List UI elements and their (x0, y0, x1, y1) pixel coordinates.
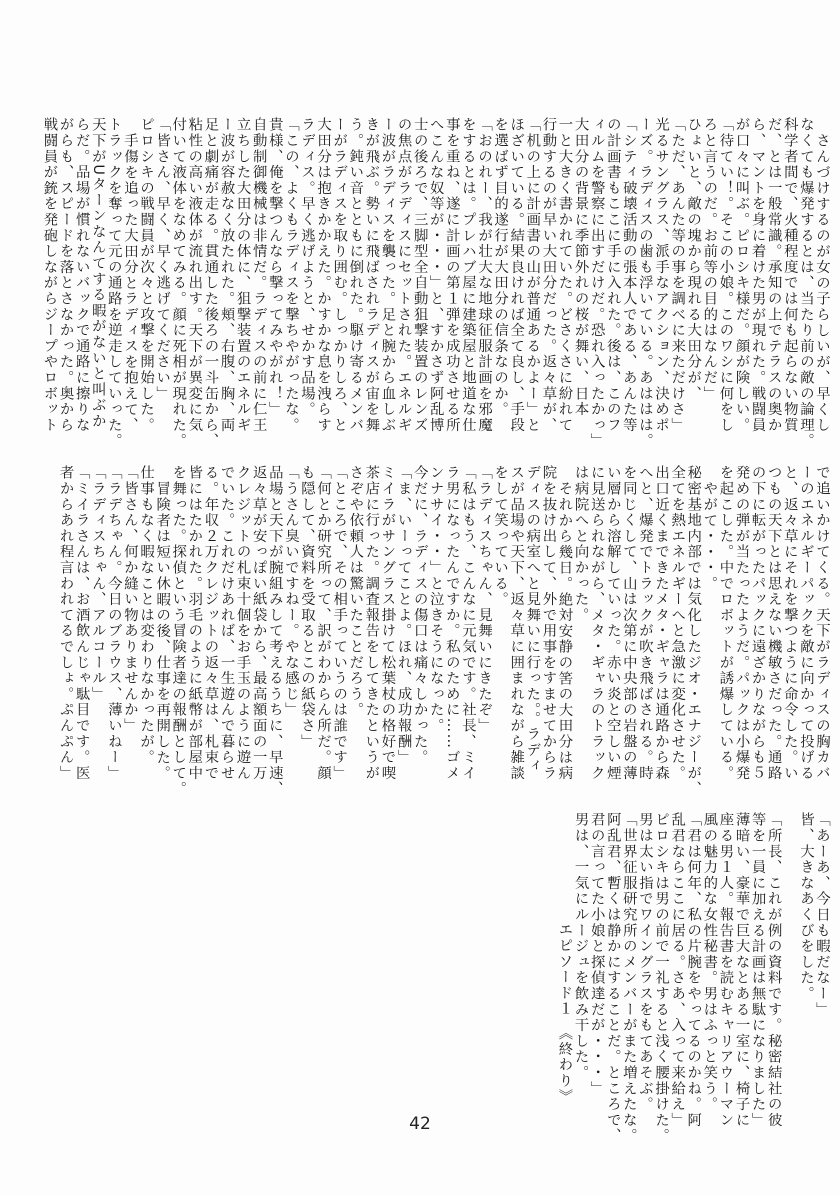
text-column: 粘性の高い液体が流れ出す。天下が異変に気 (186, 117, 202, 392)
text-column: スが品場や天下、返々草に囲まれながら雑談 (508, 465, 524, 740)
book-page: さんづけするのが女の子らしいが、早くしなくても爆発するとは、当たり前の敵の論理。… (0, 0, 840, 1196)
text-column: を選ばず目的遂行が大田分の信条なのか。 (492, 117, 508, 392)
text-column: 「私はもう、こんなに元気です。社長、ミイ (460, 465, 476, 740)
text-column: ら、マントを身に着けた男が現れた。戦闘員 (750, 117, 766, 392)
text-column: ディスの病室へと見舞いに行った。。ラディ (524, 465, 540, 740)
text-column: なくても爆発するとは、当たり前の敵の論理。 (798, 117, 814, 392)
text-column: を起こした。中でロボットが誘爆している。 (717, 465, 733, 740)
episode-end-mark: エピソード１ 《終わり》 (556, 812, 572, 1087)
text-column: きが飛ぶ。勢いに飛ばされラディスが宙を舞 (363, 117, 379, 392)
text-column: ィルムを警察に出すだけだ。恐れ入ったかっ」 (589, 117, 605, 392)
text-column: 「待てい！。そこの小娘。このワシに何をし (717, 117, 733, 392)
text-column: う。鈍い音とともに倒れた。駆け寄るメンバ (347, 117, 363, 392)
text-column: 足と劇痛が走る。貫通した後ろの一斗缶から、 (202, 117, 218, 392)
text-column: 「ラディスちゃん、見舞いにきたぞ」 (476, 465, 492, 740)
text-column: がらも、スピードを落とさなかった。奥から (58, 117, 74, 392)
text-column: の焦点がラディスにセットされた。エネルギ (395, 117, 411, 392)
text-column: 「世界征服研究所のメンバーがまた増えたな。 (621, 812, 637, 1087)
text-column: ーのエネルギーパックを敵に向かって投げる (798, 465, 814, 740)
text-column: 阿乱君、暫くは静かにすることだ。ところで、 (605, 812, 621, 1087)
text-column: 皆、大きなあくびをした。 (798, 812, 814, 1087)
text-column: つもの天下とは思えない機敏さだった。通路 (766, 465, 782, 740)
text-column: 一と大きく書かれていた。どさくさに紛れて (556, 117, 572, 392)
text-column: 大田分は抱きかかえた。かすかな息を洩らす (315, 117, 331, 392)
text-column: が口々に叫ぶ。ピロシキ様だ。顔が険しい。 (733, 117, 749, 392)
text-column: をするとは。プレハブ屋に建築屋と地道な仕 (460, 117, 476, 392)
text-column: 「シティ破壊活動の張本人である、あんた等 (621, 117, 637, 392)
text-column: 男は太い指でワイングラスをもてあそぶ。 (637, 812, 653, 1087)
text-column: ラ男になったんですか。私のために……ゴメ (444, 465, 460, 740)
text-column: 「ただ、あんた等の事を調べに来ただけさ」 (669, 117, 685, 392)
text-column: 戦闘員が銃を発砲しながらジープやロボット (41, 117, 57, 392)
text-column: 「皆さん、何か縫い物ありませんか」 (122, 465, 138, 740)
text-column: ピロシキの戦闘員が次々と攻撃を開始した。 (138, 117, 154, 392)
text-column: 冒険者は短い休暇の後、仕事を再開した。 (154, 465, 170, 740)
text-column: へこんな奴等が・・・」と、すかさず阿乱博 (428, 117, 444, 392)
text-column: 「ところで、その相手っていうのは誰です」 (331, 465, 347, 740)
text-column: 付いて液体をなめてみる。顔に死相が現れた。 (170, 117, 186, 392)
text-column: 発めの弾が当たったようだ。パックは小爆発 (733, 465, 749, 740)
text-column: 手傷を追った大田分とラディスを抱えて、 (122, 117, 138, 392)
text-column: を舞った。探偵という冒険者達の報酬として。 (170, 465, 186, 740)
text-column: トラックを奪って元の通路を逆走していった。 (106, 117, 122, 392)
text-column (782, 812, 798, 1087)
text-column: を同じくして、山は次第に中央部の岩盤の薄 (621, 465, 637, 740)
text-column: ろと言うのだ。お前等の目的はなんだ」 (701, 117, 717, 392)
text-column: やがて・・・。 (701, 465, 717, 740)
text-column: 光るサングラス、派手なアクション、決めポ (653, 117, 669, 392)
text-column: で追いかけてくる。天下がラディスの胸カバ (814, 465, 830, 740)
text-column: る。年収２万クレジットの返々草は、札束で (202, 465, 218, 740)
text-column: 事を重ね、遂に計画の第１弾を成功させる所 (444, 117, 460, 392)
text-column: の計画書もここに手に入れた。後は、このフ (605, 117, 621, 392)
text-column: ーズ。ラディスの歯も浮いている。あははは。 (637, 117, 653, 392)
text-column: と、返々草にそれを撃つように命令した。い (782, 465, 798, 740)
text-column: だ、とは一般常識。承知の上でテラスの奥か (766, 117, 782, 392)
text-column: 「うさん臭いですねー。やな感じ」 (283, 465, 299, 740)
text-column: 者からあれ程言われてるでしょ。ぷんぷん」 (58, 465, 74, 740)
text-column: 「ラディスちゃん、アルコール」 (90, 465, 106, 740)
text-column: 「皆さん、早く、早く逃げてください」 (154, 117, 170, 392)
text-column: 乱君ならここに居る。さあ、入って来給え」 (669, 812, 685, 1087)
text-column: 等を一員に加える計画は無駄になりました」 (750, 812, 766, 1087)
text-column: い層から溶解していった。赤い炎と空しい煙 (605, 465, 621, 740)
text-column: 「あーあ、今日も暇だなー」 (814, 812, 830, 1087)
text-column: 出口近くまできたメタ・ギャラは通路から森 (653, 465, 669, 740)
text-column: 行動するのが早い大田分だった。返々草が、 (540, 117, 556, 392)
text-column: 貴様、俺を撃つんなら撃ってみやがれ！」 (267, 117, 283, 392)
text-column: ー波が容赦なく放たれた。頬、右腹、胸、両 (218, 117, 234, 392)
text-column: の下に転がったパックに遠ざかりながらも５ (750, 465, 766, 740)
text-column: 「ま、いーってことよ。ほれ、成功報酬」 (395, 465, 411, 740)
text-column: さんづけするのが女の子らしいが、早くし (814, 117, 830, 392)
text-column: 全てを熱エネルギーへと急激に変化させた。 (669, 465, 685, 740)
text-column: 「この、よくもラディスを撃ちやがったな。 (283, 117, 299, 392)
text-column: をして笑っている。 (492, 465, 508, 740)
text-column: 品場と天下が腕組みして考えるうちに、早速、 (267, 465, 283, 740)
text-column: ラディス。早く逃げようと、せかす品場。 (299, 117, 315, 392)
text-column: は病院へと向かった。 (573, 465, 589, 740)
text-column: へと、爆発でトラックが吹き飛ばされる。時 (637, 465, 653, 740)
text-column: 「ミイラさんは、お酒飲んじゃ駄目です。医 (74, 465, 90, 740)
text-column: ー波がラディスを襲った。足と腕から血しぶ (379, 117, 395, 392)
text-block-top: さんづけするのが女の子らしいが、早くしなくても爆発するとは、当たり前の敵の論理。… (41, 117, 830, 392)
text-column: 院を抜け出して、外で用事をすませてからラ (540, 465, 556, 740)
text-column: 立ちした大田分の体に、狙撃装置のエネルギ (235, 117, 251, 392)
text-column: でいた。これだけあれば、一生遊んで暮らせ (218, 465, 234, 740)
text-column: ーがラディスを取り囲む。しっかりしろ、と (331, 117, 347, 392)
text-column: 男は、一気にルージュを飲み干した。 (573, 812, 589, 1087)
text-column: 士の後ろで、三脚型全自動狙撃装置のレンズ (412, 117, 428, 392)
text-column: 君の言ってた小娘と探偵達だが・・・」 (589, 812, 605, 1087)
text-column: 今だに、ラディスの傷口は痛々しかった。 (412, 465, 428, 740)
text-column: ひょいと、敵の塊から現れる大田分が、 (685, 117, 701, 392)
text-column: らだ。品場が慣れないバックで通路に擦りな (74, 117, 90, 392)
text-column: 茶店に行った。調査報告をしてきたというが (363, 465, 379, 740)
text-column: ピロシキは男の前で一礼すると浅く腰掛けた。 (653, 812, 669, 1087)
text-column: 「ラデちゃん。今日のブラウス、薄いねー」 (106, 465, 122, 740)
text-column: に見送られながら、メタ・ギャラのトラック (589, 465, 605, 740)
text-block-middle: で追いかけてくる。天下がラディスの胸カバーのエネルギーパックを敵に向かって投げる… (58, 465, 831, 740)
text-column: 科学者間で、火種程度では何も起らない物質 (782, 117, 798, 392)
text-column: さぞや依頼人は驚いたことだろう。 (347, 465, 363, 740)
text-column: 薄暗い、豪華で巨大なとある一室に、椅子に (733, 812, 749, 1087)
text-column: 仕事もなく暇なことは変わりなかったが。 (138, 465, 154, 740)
text-column: 「君は何年、私の片腕をやってるのかね。阿 (685, 812, 701, 1087)
text-column: 「おのれー、我が壮大な地球征服計画を邪魔 (476, 117, 492, 392)
text-column: も隠して、資料を受取るとこの紙袋さ」 (299, 465, 315, 740)
text-block-bottom: 「あーあ、今日も暇だなー」皆、大きなあくびをした。 「所長、これが例の資料です。… (556, 812, 830, 1087)
text-column: ミイラがサングラス掛けて松葉杖の格好で喫 (379, 465, 395, 740)
text-column: 「何とか研究所って、訳がわからん所だ。顔 (315, 465, 331, 740)
page-number: 42 (400, 1114, 440, 1134)
text-column: 座る男１人。報告書を読むキャリアウーマン (717, 812, 733, 1087)
text-column: それから幾日。絶対安静の筈の大田分は病 (556, 465, 572, 740)
text-column: 返々草が安っぽい紙袋から、最高額面の一万 (251, 465, 267, 740)
text-column: 大田分の背景に季節外れの桜が舞い、日本 (573, 117, 589, 392)
text-column: ほざいている。結果良ければ全て良し、手段 (508, 117, 524, 392)
text-column: 風の魅力的な女性秘書。男はふっと笑う。 (701, 812, 717, 1087)
text-column: 秘密基地内部では気化したジオ・エナジーが、 (685, 465, 701, 740)
text-column: 「所長、これが例の資料です。秘密結社の彼 (766, 812, 782, 1087)
text-column: クレジットの札束十個をお手玉のように遊ん (235, 465, 251, 740)
text-column: 「机の上に計画書の山が普通あるかよー」と (524, 117, 540, 392)
text-column: 天下がUターンなんてする暇がないと叫ぶか (90, 117, 106, 392)
text-column: ンナサイ・・」と泣きそうになった。 (428, 465, 444, 740)
text-column: 皆にはたかれた。羽毛のように紙幣が部屋中 (186, 465, 202, 740)
text-column: 自動制御機械は非情だ。ラディスの前に仁王 (251, 117, 267, 392)
